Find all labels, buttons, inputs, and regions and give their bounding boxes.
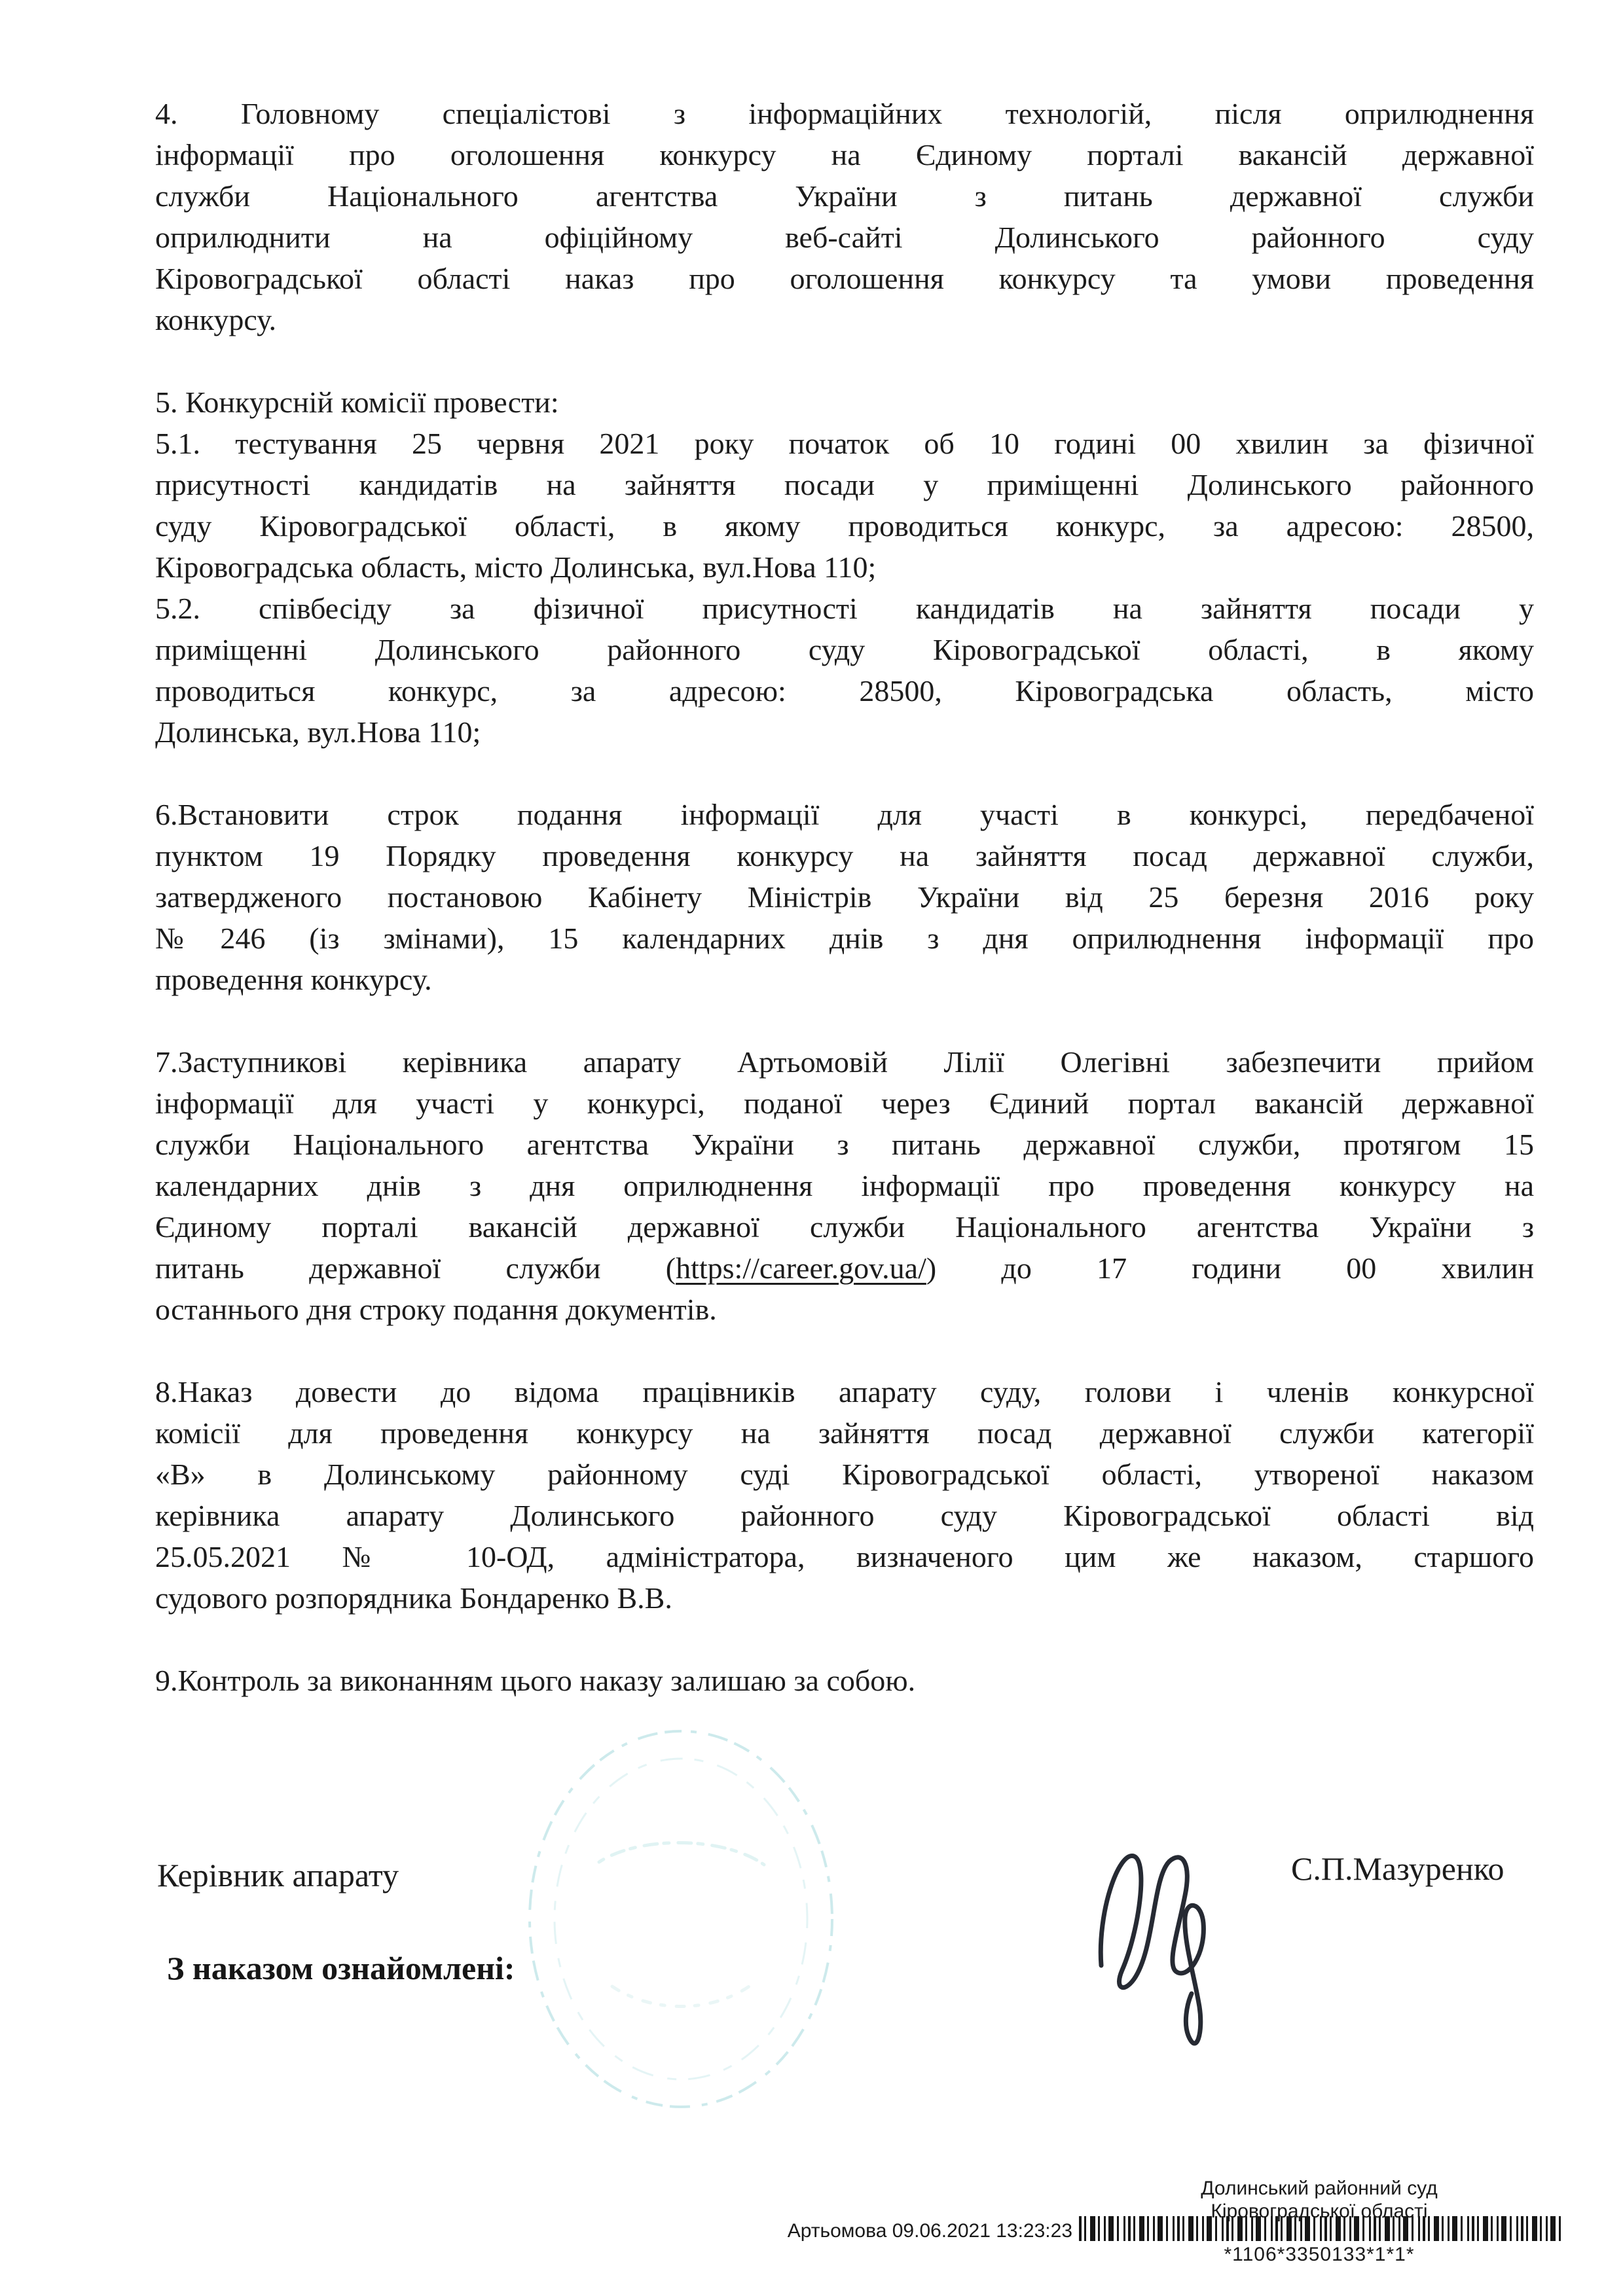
text-line: судового розпорядника Бондаренко В.В. [155,1577,1534,1619]
order-body: 4. Головному спеціалістові з інформаційн… [155,93,1534,1701]
text-line: суду Кіровоградської області, в якому пр… [155,505,1534,547]
registration-operator-stamp: Артьомова 09.06.2021 13:23:23 [773,2220,1072,2242]
text-line: 4. Головному спеціалістові з інформаційн… [155,93,1534,134]
text-line: приміщенні Долинського районного суду Кі… [155,629,1534,670]
text-line: календарних днів з дня оприлюднення інфо… [155,1165,1534,1206]
text-line: 9.Контроль за виконанням цього наказу за… [155,1660,1534,1701]
text-line: Кіровоградської області наказ про оголош… [155,258,1534,299]
text-line: Долинська, вул.Нова 110; [155,711,1534,753]
text-line: комісії для проведення конкурсу на зайня… [155,1412,1534,1454]
text-line: керівника апарату Долинського районного … [155,1495,1534,1536]
text-line: проводиться конкурс, за адресою: 28500, … [155,670,1534,711]
text-line: 6.Встановити строк подання інформації дл… [155,794,1534,835]
text-line: інформації про оголошення конкурсу на Єд… [155,134,1534,175]
paragraph-9: 9.Контроль за виконанням цього наказу за… [155,1660,1534,1701]
link-line-suffix: ) до 17 години 00 хвилин [926,1251,1534,1285]
text-line: служби Національного агентства України з… [155,1124,1534,1165]
link-line-prefix: питань державної служби ( [155,1251,676,1285]
career-portal-link[interactable]: https://career.gov.ua/ [676,1251,926,1285]
text-line: «В» в Долинському районному суді Кіровог… [155,1454,1534,1495]
text-line: 8.Наказ довести до відома працівників ап… [155,1371,1534,1412]
text-line: проведення конкурсу. [155,959,1534,1000]
paragraph-4: 4. Головному спеціалістові з інформаційн… [155,93,1534,340]
acknowledgement-label: З наказом ознайомлені: [167,1949,515,1987]
scanned-order-page: 4. Головному спеціалістові з інформаційн… [0,0,1623,2296]
text-line: Єдиному порталі вакансій державної служб… [155,1206,1534,1247]
signer-role-label: Керівник апарату [157,1856,399,1894]
text-line: 7.Заступникові керівника апарату Артьомо… [155,1041,1534,1083]
text-line: інформації для участі у конкурсі, подано… [155,1083,1534,1124]
text-line: Кіровоградська область, місто Долинська,… [155,547,1534,588]
footer-court-line1: Долинський районний суд [1077,2177,1561,2200]
text-line: присутності кандидатів на зайняття посад… [155,464,1534,505]
paragraph-5-heading: 5. Конкурсній комісії провести: [155,382,1534,423]
signer-name: С.П.Мазуренко [1291,1850,1504,1888]
text-line: 5.1. тестування 25 червня 2021 року поча… [155,423,1534,464]
registration-barcode [1079,2216,1561,2241]
text-line: 5.2. співбесіду за фізичної присутності … [155,588,1534,629]
text-line-with-link: питань державної служби (https://career.… [155,1247,1534,1289]
paragraph-5-2: 5.2. співбесіду за фізичної присутності … [155,588,1534,753]
barcode-caption: *1106*3350133*1*1* [1077,2244,1561,2266]
signature-ink [1087,1831,1218,2067]
text-line: №246 (із змінами), 15 календарних днів з… [155,918,1534,959]
paragraph-5-1: 5.1. тестування 25 червня 2021 року поча… [155,423,1534,588]
court-stamp-seal [520,1725,841,2117]
text-line: затвердженого постановою Кабінету Мініст… [155,876,1534,918]
paragraph-8: 8.Наказ довести до відома працівників ап… [155,1371,1534,1619]
text-line: 25.05.2021 № 10-ОД, адміністратора, визн… [155,1536,1534,1577]
text-line: пунктом 19 Порядку проведення конкурсу н… [155,835,1534,876]
text-line: оприлюднити на офіційному веб-сайті Доли… [155,217,1534,258]
text-line: конкурсу. [155,299,1534,340]
text-line: 5. Конкурсній комісії провести: [155,382,1534,423]
paragraph-7: 7.Заступникові керівника апарату Артьомо… [155,1041,1534,1330]
text-line: останнього дня строку подання документів… [155,1289,1534,1330]
text-line: служби Національного агентства України з… [155,175,1534,217]
paragraph-6: 6.Встановити строк подання інформації дл… [155,794,1534,1000]
